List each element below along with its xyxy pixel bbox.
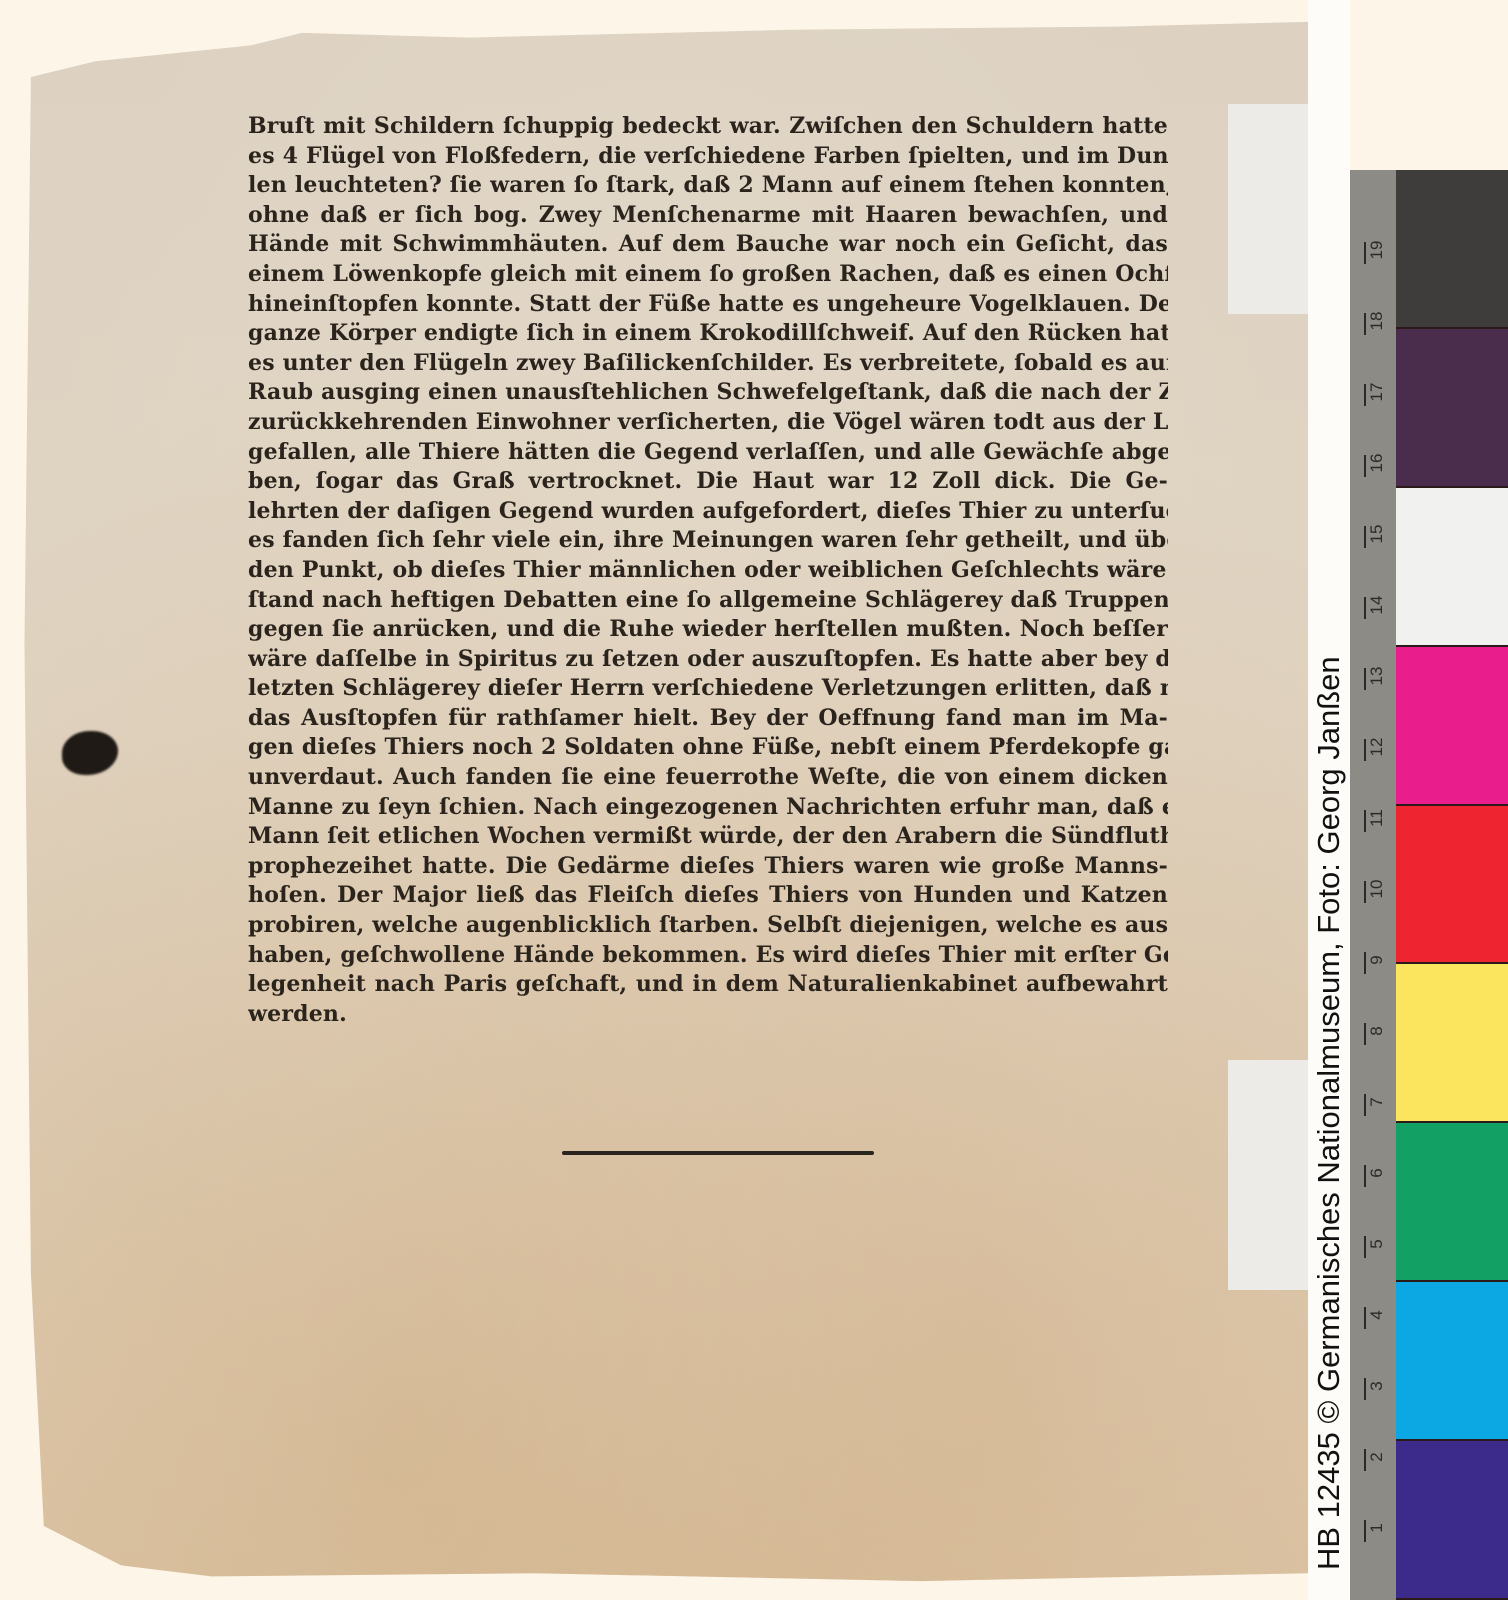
body-text: Bruſt mit Schildern ſchuppig bedeckt war…	[248, 112, 1168, 1029]
ruler-label: 11	[1367, 803, 1387, 833]
color-patch-white	[1396, 488, 1508, 647]
text-line: Raub ausging einen unausſtehlichen Schwe…	[248, 378, 1168, 408]
text-line: Hände mit Schwimmhäuten. Auf dem Bauche …	[248, 230, 1168, 260]
text-line: letzten Schlägerey dieſer Herrn verſchie…	[248, 674, 1168, 704]
color-patch-cyan	[1396, 1282, 1508, 1441]
text-line: ohne daß er ſich bog. Zwey Menſchenarme …	[248, 201, 1168, 231]
ruler-label: 5	[1367, 1229, 1387, 1259]
color-patch-magenta	[1396, 647, 1508, 806]
ruler-tick	[1364, 1165, 1366, 1187]
text-line: ſtand nach heftigen Debatten eine ſo all…	[248, 586, 1168, 616]
text-line: zurückkehrenden Einwohner verſicherten, …	[248, 408, 1168, 438]
ruler-tick	[1364, 1236, 1366, 1258]
ruler-label: 14	[1367, 590, 1387, 620]
end-rule	[562, 1151, 874, 1155]
mount-tab-top	[1228, 104, 1308, 314]
text-line: das Ausſtopfen für rathſamer hielt. Bey …	[248, 704, 1168, 734]
text-line: wäre daſſelbe in Spiritus zu ſetzen oder…	[248, 645, 1168, 675]
color-calibration-chart	[1396, 170, 1508, 1600]
text-line: es unter den Flügeln zwey Baſilickenſchi…	[248, 349, 1168, 379]
color-patch-blue-violet	[1396, 1441, 1508, 1600]
text-line: gegen ſie anrücken, und die Ruhe wieder …	[248, 615, 1168, 645]
ruler-tick	[1364, 810, 1366, 832]
color-patch-yellow	[1396, 964, 1508, 1123]
ruler-label: 1	[1367, 1513, 1387, 1543]
ruler-tick	[1364, 384, 1366, 406]
ruler-tick	[1364, 1520, 1366, 1542]
ruler-label: 3	[1367, 1371, 1387, 1401]
ruler-tick	[1364, 313, 1366, 335]
ruler-tick	[1364, 597, 1366, 619]
text-line: lehrten der daſigen Gegend wurden aufgef…	[248, 497, 1168, 527]
ruler-tick	[1364, 242, 1366, 264]
ruler-label: 18	[1367, 306, 1387, 336]
ruler-label: 15	[1367, 519, 1387, 549]
color-patch-green	[1396, 1123, 1508, 1282]
text-line: gefallen, alle Thiere hätten die Gegend …	[248, 438, 1168, 468]
color-patch-red	[1396, 806, 1508, 965]
ruler-tick	[1364, 1378, 1366, 1400]
ruler-tick	[1364, 668, 1366, 690]
ruler-tick	[1364, 526, 1366, 548]
text-line: Bruſt mit Schildern ſchuppig bedeckt war…	[248, 112, 1168, 142]
color-patch-black	[1396, 170, 1508, 329]
ruler-tick	[1364, 739, 1366, 761]
mount-tab-bottom	[1228, 1060, 1308, 1290]
text-line: legenheit nach Paris geſchaft, und in de…	[248, 970, 1168, 1000]
text-line: prophezeihet hatte. Die Gedärme dieſes T…	[248, 852, 1168, 882]
text-line: es 4 Flügel von Floßfedern, die verſchie…	[248, 142, 1168, 172]
ruler-label: 19	[1367, 235, 1387, 265]
ruler-tick	[1364, 881, 1366, 903]
text-line: hoſen. Der Major ließ das Fleiſch dieſes…	[248, 881, 1168, 911]
ruler-tick	[1364, 1023, 1366, 1045]
ruler-label: 16	[1367, 448, 1387, 478]
text-line: hineinſtopfen konnte. Statt der Füße hat…	[248, 290, 1168, 320]
photo-credit-caption: HB 12435 © Germanisches Nationalmuseum, …	[1308, 550, 1350, 1600]
ruler-label: 17	[1367, 377, 1387, 407]
color-patch-purple	[1396, 329, 1508, 488]
ruler-tick	[1364, 1307, 1366, 1329]
ruler-tick	[1364, 952, 1366, 974]
centimeter-ruler: 12345678910111213141516171819	[1350, 170, 1396, 1600]
text-line: den Punkt, ob dieſes Thier männlichen od…	[248, 556, 1168, 586]
text-line: len leuchteten? ſie waren ſo ſtark, daß …	[248, 171, 1168, 201]
text-line: ben, ſogar das Graß vertrocknet. Die Hau…	[248, 467, 1168, 497]
text-line: unverdaut. Auch fanden ſie eine feuerrot…	[248, 763, 1168, 793]
ruler-label: 13	[1367, 661, 1387, 691]
text-line: Mann ſeit etlichen Wochen vermißt würde,…	[248, 822, 1168, 852]
text-line: es fanden ſich ſehr viele ein, ihre Mein…	[248, 526, 1168, 556]
ruler-tick	[1364, 455, 1366, 477]
ruler-label: 6	[1367, 1158, 1387, 1188]
ruler-label: 8	[1367, 1016, 1387, 1046]
text-line: haben, geſchwollene Hände bekommen. Es w…	[248, 941, 1168, 971]
ruler-tick	[1364, 1094, 1366, 1116]
ruler-label: 4	[1367, 1300, 1387, 1330]
ruler-tick	[1364, 1449, 1366, 1471]
text-line: einem Löwenkopfe gleich mit einem ſo gro…	[248, 260, 1168, 290]
text-line: probiren, welche augenblicklich ſtarben.…	[248, 911, 1168, 941]
ruler-label: 2	[1367, 1442, 1387, 1472]
text-line: Manne zu ſeyn ſchien. Nach eingezogenen …	[248, 793, 1168, 823]
ruler-label: 12	[1367, 732, 1387, 762]
text-line: gen dieſes Thiers noch 2 Soldaten ohne F…	[248, 733, 1168, 763]
ruler-label: 7	[1367, 1087, 1387, 1117]
ruler-label: 10	[1367, 874, 1387, 904]
ruler-label: 9	[1367, 945, 1387, 975]
text-line: ganze Körper endigte ſich in einem Kroko…	[248, 319, 1168, 349]
text-line: werden.	[248, 1000, 1168, 1030]
